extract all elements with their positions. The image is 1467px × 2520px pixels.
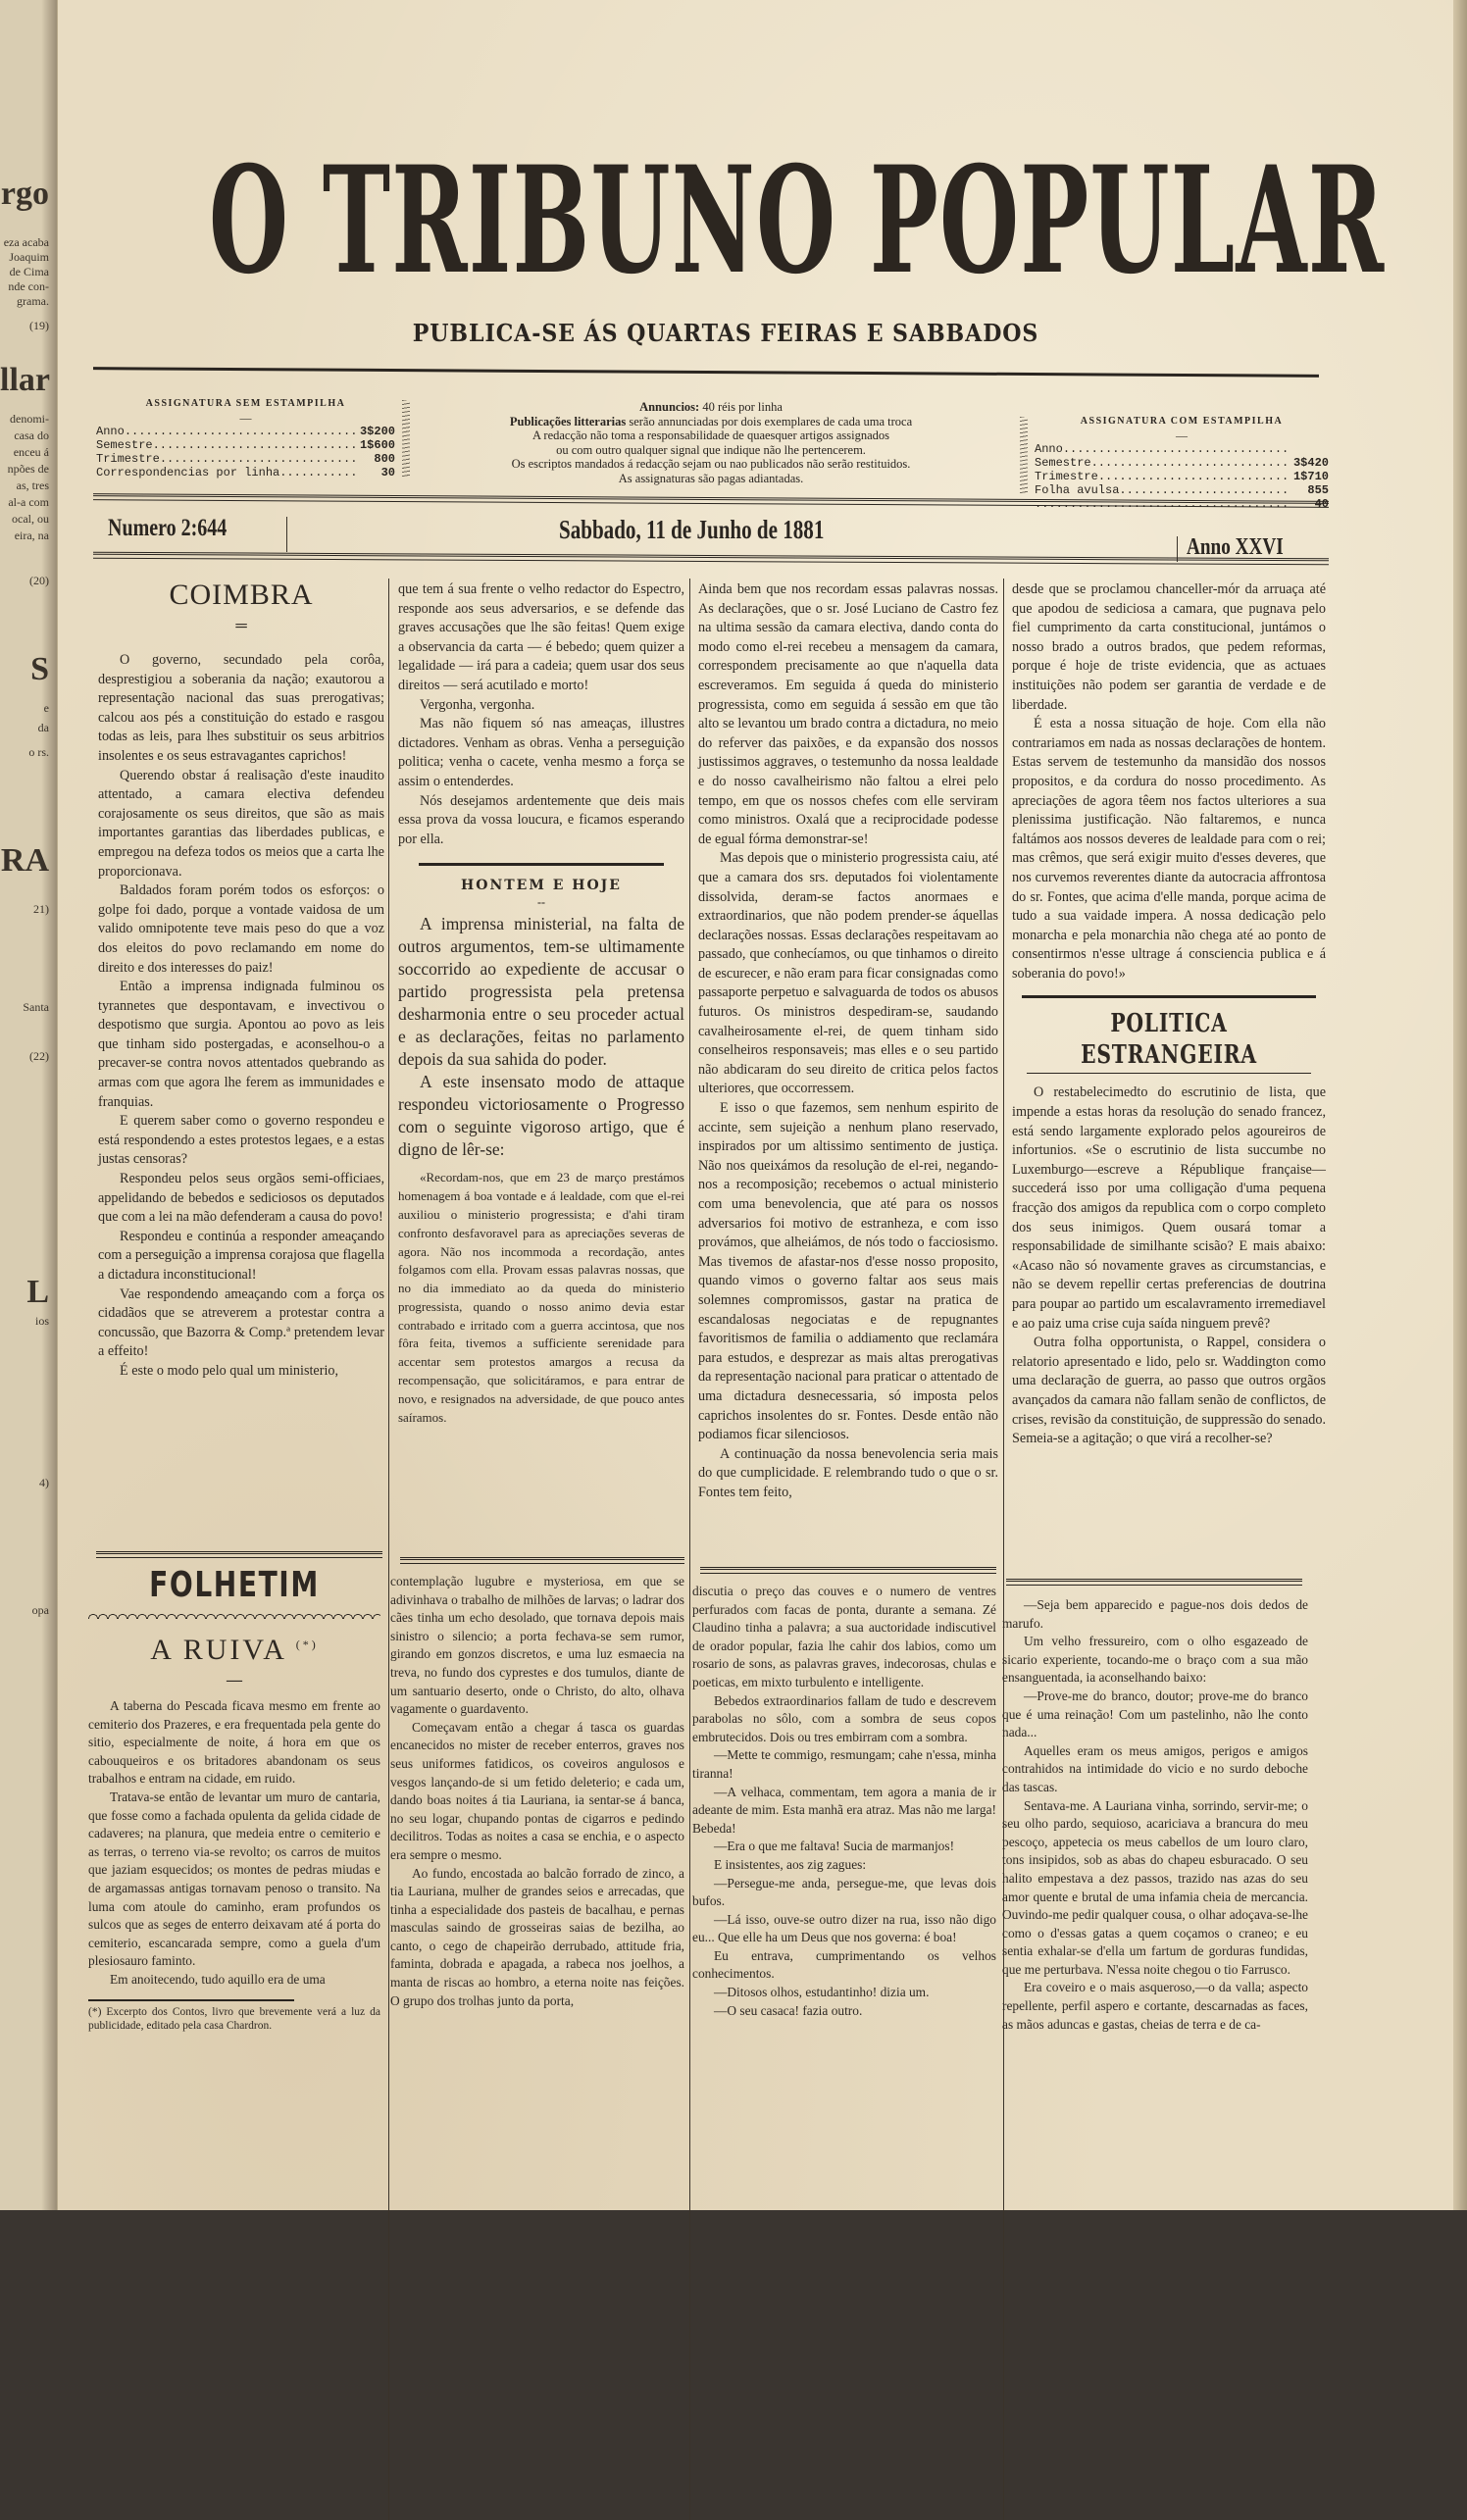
masthead-rule — [93, 367, 1319, 378]
wavy-divider — [402, 400, 410, 479]
paragraph: «Recordam-nos, que em 23 de março prestá… — [398, 1169, 684, 1427]
folhetim-section: FOLHETIM A RUIVA (*) — A taberna do Pesc… — [88, 1564, 380, 2033]
price-row: Semestre3$420 — [1035, 456, 1329, 470]
paragraph: E isso o que fazemos, sem nenhum espirit… — [698, 1099, 998, 1445]
paragraph: Sentava-me. A Lauriana vinha, sorrindo, … — [1002, 1797, 1308, 1980]
dateline-rule — [93, 552, 1329, 566]
paragraph: Em anoitecendo, tudo aquillo era de uma — [88, 1971, 380, 1990]
price-row: Trimestre800 — [96, 452, 395, 466]
section-heading: FOLHETIM — [121, 1564, 348, 1607]
paragraph: Começavam então a chegar á tasca os guar… — [390, 1719, 684, 1865]
article-heading: HONTEM E HOJE — [398, 876, 684, 895]
subscription-with-stamp: ASSIGNATURA COM ESTAMPILHA — Anno Semest… — [1035, 415, 1329, 511]
paragraph: Um velho fressureiro, com o olho esgazea… — [1002, 1633, 1308, 1688]
paragraph: —Ditosos olhos, estudantinho! dizia um. — [692, 1984, 996, 2002]
article-heading: COIMBRA — [98, 577, 384, 614]
paragraph: É este o modo pelo qual um ministerio, — [98, 1362, 384, 1382]
newspaper-title: O TRIBUNO POPULAR — [209, 137, 1242, 304]
paragraph: Mas depois que o ministerio progressista… — [698, 849, 998, 1099]
paragraph: Eu entrava, cumprimentando os velhos con… — [692, 1947, 996, 1984]
subscription-heading: ASSIGNATURA COM ESTAMPILHA — [1035, 415, 1329, 428]
paragraph: Era coveiro e o mais asqueroso,—o da val… — [1002, 1979, 1308, 2034]
footnote: (*) Excerpto dos Contos, livro que breve… — [88, 2005, 380, 2033]
paragraph: Ao fundo, encostada ao balcão forrado de… — [390, 1865, 684, 2011]
wavy-divider — [1020, 417, 1028, 495]
page-edge — [1453, 0, 1467, 2210]
paragraph: A imprensa ministerial, na falta de outr… — [398, 913, 684, 1071]
story-title: A RUIVA (*) — [88, 1627, 380, 1668]
paragraph: A taberna do Pescada ficava mesmo em fre… — [88, 1697, 380, 1789]
folhetim-col-2: contemplação lugubre e mysteriosa, em qu… — [390, 1573, 684, 2010]
paragraph: —Prove-me do branco, doutor; prove-me do… — [1002, 1688, 1308, 1742]
article-coimbra-continued: que tem á sua frente o velho redactor do… — [398, 580, 684, 1427]
issue-number: Numero 2:644 — [108, 515, 265, 542]
wavy-rule — [88, 1609, 380, 1619]
article-hontem-e-hoje-end: desde que se proclamou chanceller-mór da… — [1012, 580, 1326, 1449]
issue-date: Sabbado, 11 de Junho de 1881 — [559, 515, 865, 545]
article-coimbra: COIMBRA ═ O governo, secundado pela corô… — [98, 577, 384, 1382]
paragraph: —Seja bem apparecido e pague-nos dois de… — [1002, 1596, 1308, 1633]
price-row: Folha avulsa855 — [1035, 483, 1329, 497]
paragraph: Querendo obstar á realisação d'este inau… — [98, 767, 384, 882]
subscription-without-stamp: ASSIGNATURA SEM ESTAMPILHA — Anno3$200 S… — [96, 397, 395, 479]
paragraph: E insistentes, aos zig zagues: — [692, 1856, 996, 1875]
price-row: Correspondencias por linha30 — [96, 466, 395, 479]
newspaper-page: rgo eza acaba Joaquim de Cima nde con- g… — [0, 0, 1467, 2210]
masthead: O TRIBUNO POPULAR — [186, 137, 1265, 304]
paragraph: Outra folha opportunista, o Rappel, cons… — [1012, 1334, 1326, 1449]
paragraph: —Persegue-me anda, persegue-me, que leva… — [692, 1875, 996, 1911]
folhetim-col-4: —Seja bem apparecido e pague-nos dois de… — [1002, 1596, 1308, 2034]
paragraph: E querem saber como o governo respondeu … — [98, 1112, 384, 1170]
paragraph: Nós desejamos ardentemente que deis mais… — [398, 792, 684, 850]
paragraph: Então a imprensa indignada fulminou os t… — [98, 978, 384, 1112]
quoted-article: «Recordam-nos, que em 23 de março prestá… — [398, 1169, 684, 1427]
paragraph: —A velhaca, commentam, tem agora a mania… — [692, 1784, 996, 1839]
paragraph: Aquelles eram os meus amigos, perigos e … — [1002, 1742, 1308, 1797]
paragraph: Mas não fiquem só nas ameaças, illustres… — [398, 715, 684, 791]
price-row: Anno3$200 — [96, 425, 395, 438]
price-row: Trimestre1$710 — [1035, 470, 1329, 483]
paragraph: —Era o que me faltava! Sucia de marmanjo… — [692, 1838, 996, 1856]
paragraph: Baldados foram porém todos os esforços: … — [98, 882, 384, 978]
paragraph: Respondeu pelos seus orgãos semi-officia… — [98, 1170, 384, 1228]
paragraph: Tratava-se então de levantar um muro de … — [88, 1789, 380, 1971]
paragraph: A este insensato modo de attaque respond… — [398, 1071, 684, 1161]
publication-notices: Annuncios: 40 réis por linha Publicações… — [412, 400, 1010, 485]
paragraph: Bebedos extraordinarios fallam de tudo e… — [692, 1692, 996, 1747]
paragraph: O restabelecimedto do escrutinio de list… — [1012, 1084, 1326, 1334]
paragraph: É esta a nossa situação de hoje. Com ell… — [1012, 715, 1326, 983]
paragraph: contemplação lugubre e mysteriosa, em qu… — [390, 1573, 684, 1719]
subscription-heading: ASSIGNATURA SEM ESTAMPILHA — [96, 397, 395, 411]
paragraph: que tem á sua frente o velho redactor do… — [398, 580, 684, 696]
article-heading: POLITICA ESTRANGEIRA — [1046, 1008, 1291, 1071]
previous-page-strip: rgo eza acaba Joaquim de Cima nde con- g… — [0, 0, 58, 2210]
paragraph: Ainda bem que nos recordam essas palavra… — [698, 580, 998, 849]
paragraph: discutia o preço das couves e o numero d… — [692, 1583, 996, 1692]
article-hontem-e-hoje-continued: Ainda bem que nos recordam essas palavra… — [698, 580, 998, 1503]
paragraph: —Mette te commigo, resmungam; cahe n'ess… — [692, 1746, 996, 1783]
paragraph: desde que se proclamou chanceller-mór da… — [1012, 580, 1326, 715]
price-row: Anno — [1035, 442, 1329, 456]
paragraph: A continuação da nossa benevolencia seri… — [698, 1445, 998, 1503]
publication-schedule: PUBLICA-SE ÁS QUARTAS FEIRAS E SABBADOS — [365, 319, 1087, 347]
paragraph: Vae respondendo ameaçando com a força os… — [98, 1285, 384, 1362]
paragraph: —Lá isso, ouve-se outro dizer na rua, is… — [692, 1911, 996, 1947]
paragraph: O governo, secundado pela corôa, despres… — [98, 651, 384, 767]
article-hontem-e-hoje-lead: A imprensa ministerial, na falta de outr… — [398, 913, 684, 1161]
folhetim-col-3: discutia o preço das couves e o numero d… — [692, 1583, 996, 2020]
paragraph: Respondeu e continúa a responder ameaçan… — [98, 1228, 384, 1285]
paragraph: Vergonha, vergonha. — [398, 696, 684, 716]
paragraph: —O seu casaca! fazia outro. — [692, 2002, 996, 2021]
price-row: Semestre1$600 — [96, 438, 395, 452]
